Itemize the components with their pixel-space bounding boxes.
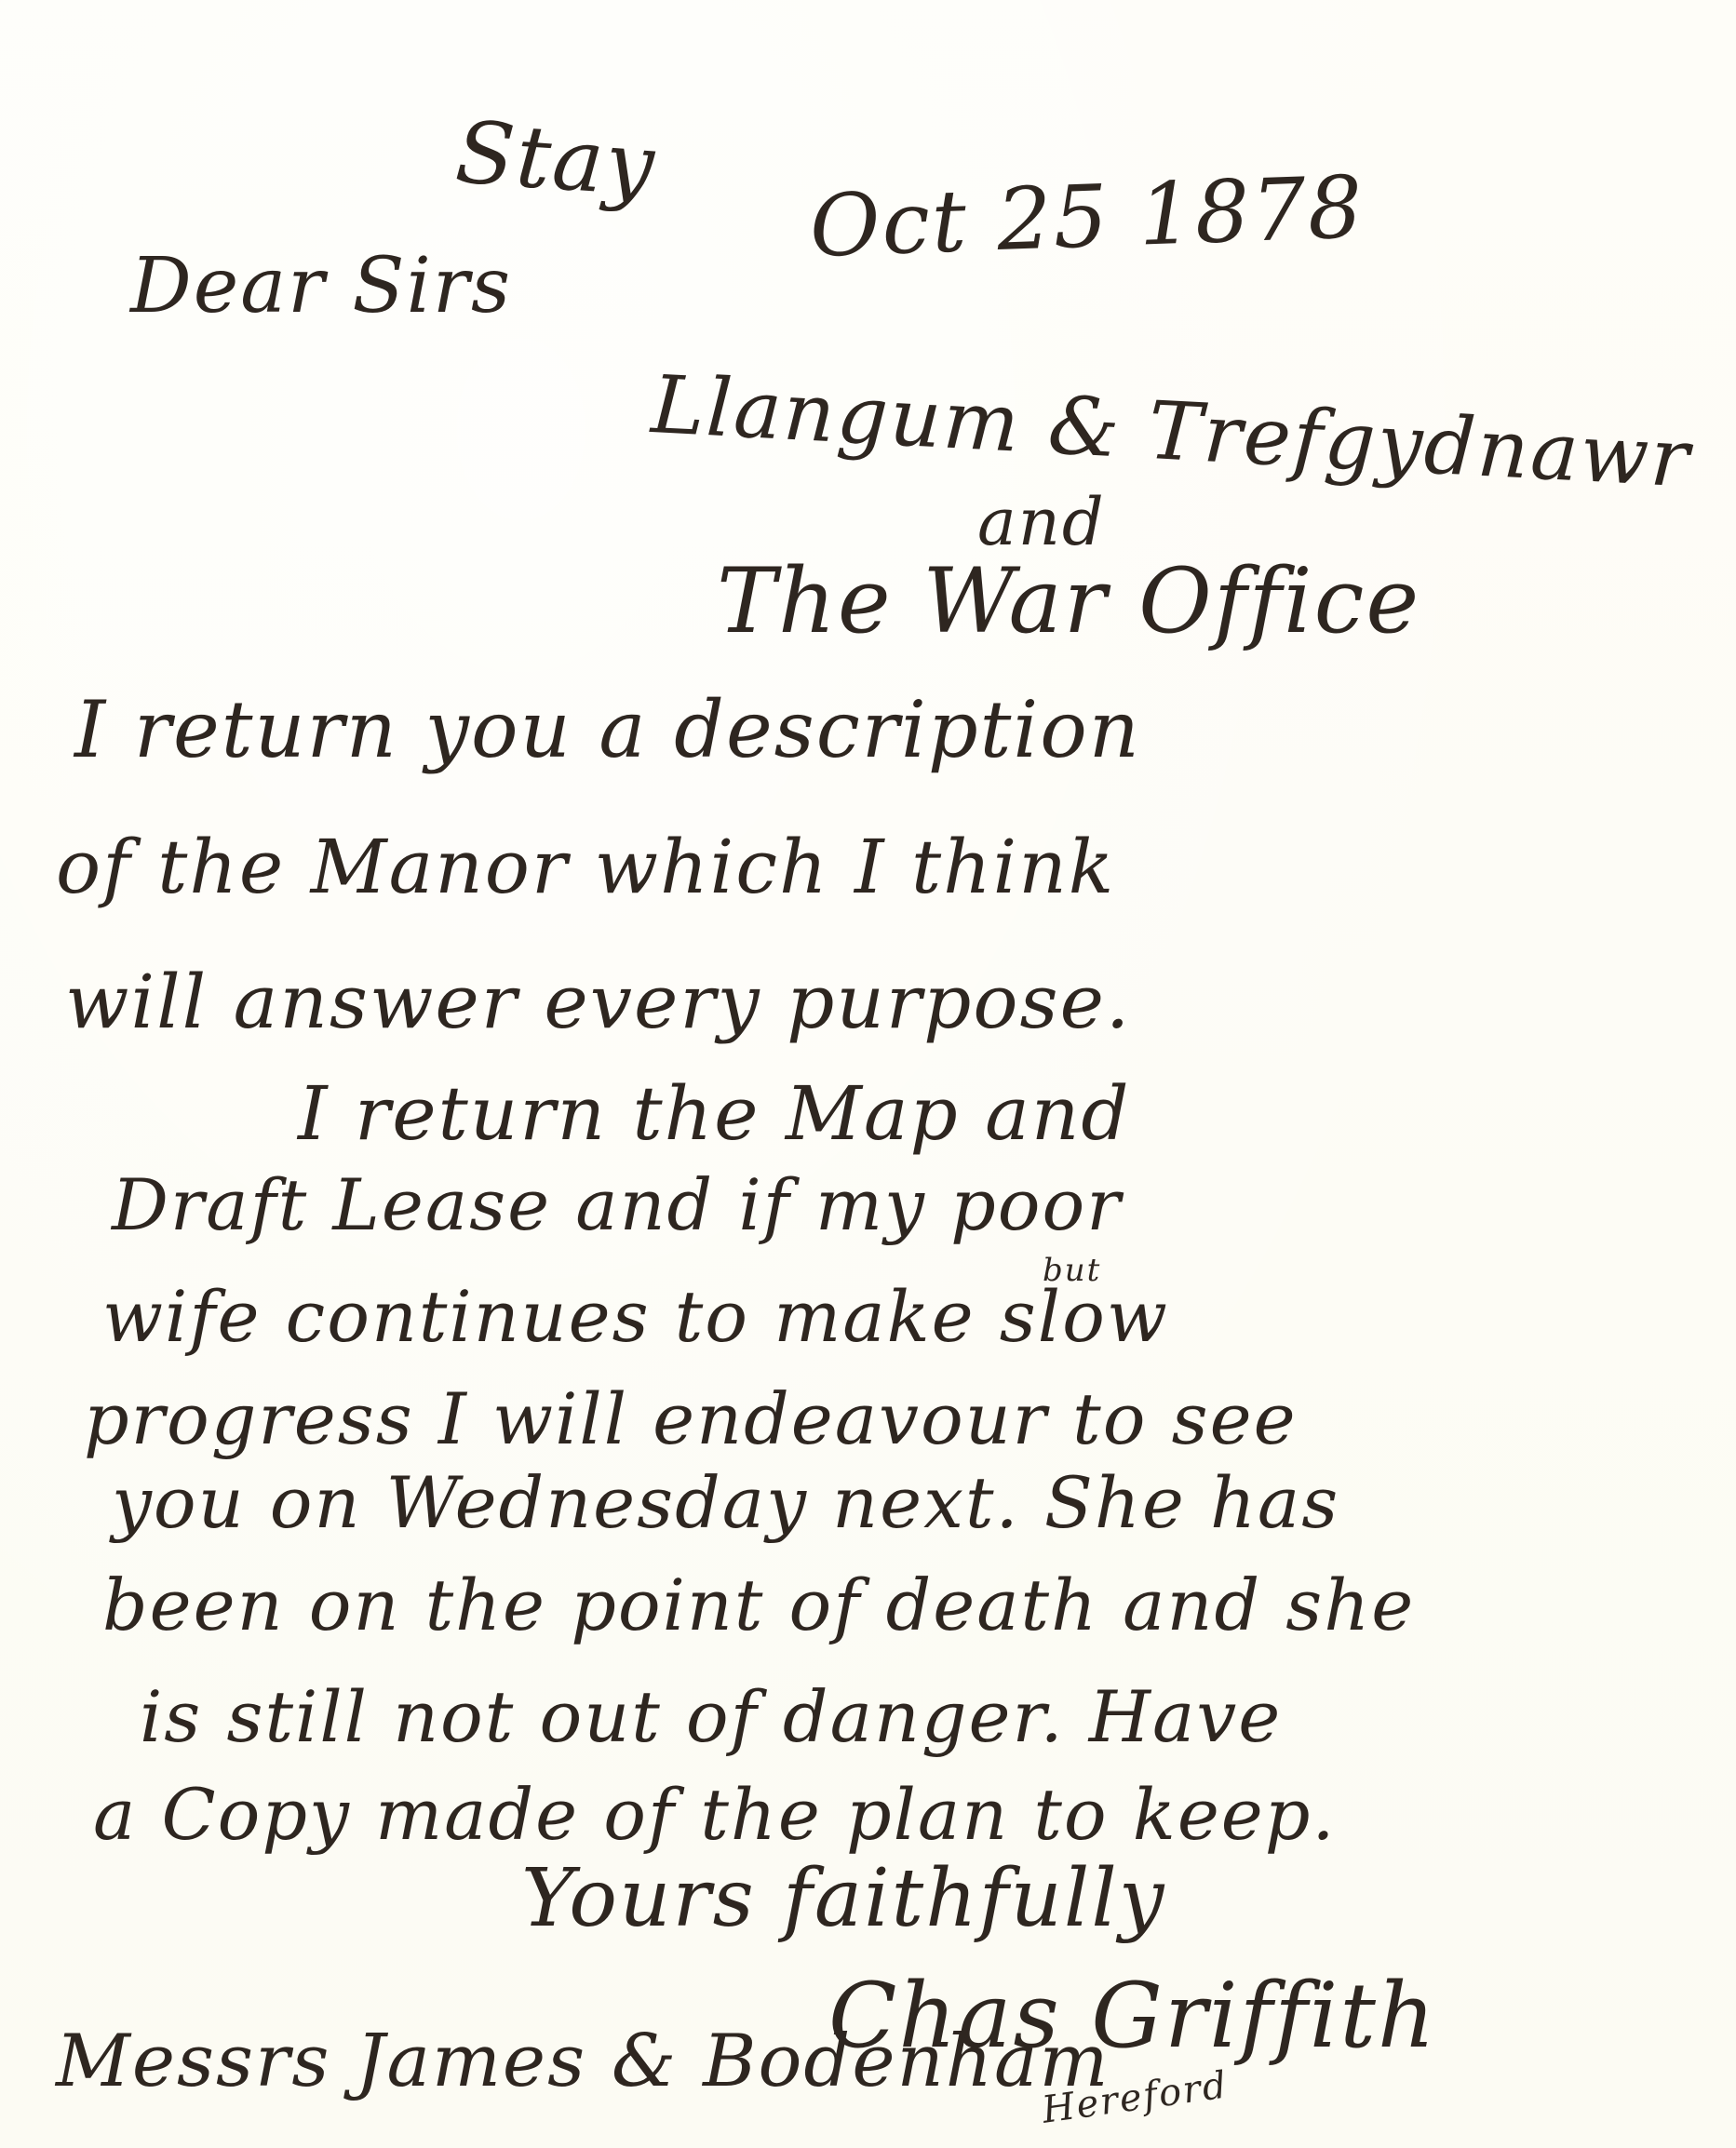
body-line: a Copy made of the plan to keep.	[93, 1773, 1337, 1856]
subject-line-2: The War Office	[717, 549, 1420, 653]
letter-place: Stay	[452, 102, 659, 216]
body-line: been on the point of death and she	[102, 1564, 1415, 1646]
letter-addressee: Messrs James & Bodenham	[56, 2020, 1110, 2103]
paper-blemish	[37, 9, 112, 65]
letter-salutation: Dear Sirs	[130, 242, 512, 330]
body-line: you on Wednesday next. She has	[112, 1461, 1339, 1544]
letter-date: Oct 25 1878	[808, 157, 1366, 276]
body-line: is still not out of danger. Have	[140, 1675, 1282, 1758]
body-line: of the Manor which I think	[56, 824, 1115, 910]
body-line: progress I will endeavour to see	[84, 1377, 1298, 1460]
body-line: I return you a description	[74, 684, 1141, 775]
letter-closing: Yours faithfully	[521, 1852, 1165, 1945]
body-line: Draft Lease and if my poor	[112, 1163, 1123, 1246]
body-line: wife continues to make slow	[102, 1275, 1169, 1358]
body-line: I return the Map and	[298, 1070, 1131, 1157]
body-line: will answer every purpose.	[65, 959, 1131, 1045]
